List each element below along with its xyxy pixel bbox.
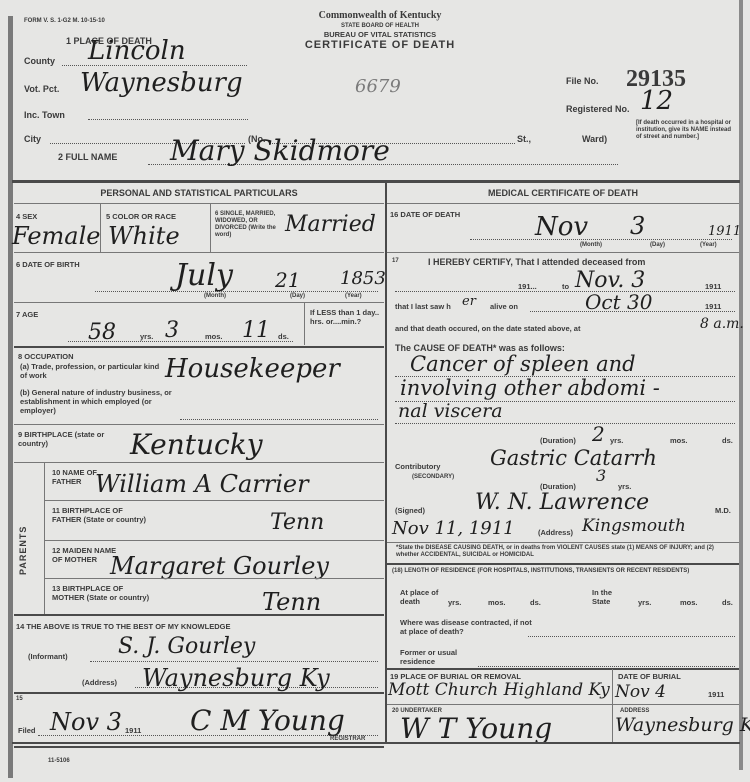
informant-value: S. J. Gourley bbox=[118, 634, 255, 659]
file-no-label: File No. bbox=[566, 76, 599, 87]
inc-town-label: Inc. Town bbox=[24, 110, 65, 121]
personal-heading: PERSONAL AND STATISTICAL PARTICULARS bbox=[14, 188, 384, 199]
board-title: STATE BOARD OF HEALTH bbox=[280, 23, 480, 30]
yrs-label: yrs. bbox=[140, 332, 153, 341]
contributory-value: Gastric Catarrh bbox=[490, 446, 657, 470]
ds-label: ds. bbox=[278, 332, 289, 341]
occupation-label: 8 OCCUPATION bbox=[18, 352, 178, 361]
hospital-note: [If death occurred in a hospital or inst… bbox=[636, 120, 734, 141]
dod-month: Nov bbox=[535, 212, 588, 242]
birthplace-label: 9 BIRTHPLACE (state or country) bbox=[18, 430, 118, 448]
ward-label: Ward) bbox=[582, 134, 607, 145]
last-saw-pronoun: er bbox=[462, 294, 476, 309]
county-label: County bbox=[24, 56, 55, 67]
year-caption: (Year) bbox=[345, 293, 362, 300]
county-value: Lincoln bbox=[88, 36, 186, 66]
filed-number: 15 bbox=[16, 696, 23, 703]
contributory-caption: (SECONDARY) bbox=[412, 474, 454, 481]
bureau-title: BUREAU OF VITAL STATISTICS bbox=[280, 30, 480, 39]
filed-label: Filed bbox=[18, 726, 36, 735]
dod-year-caption: (Year) bbox=[700, 242, 717, 249]
cause-line-1: Cancer of spleen and bbox=[410, 352, 636, 376]
dod-day-caption: (Day) bbox=[650, 242, 665, 249]
dob-day: 21 bbox=[275, 268, 300, 292]
signed-label: (Signed) bbox=[395, 506, 425, 515]
vot-pct-value: Waynesburg bbox=[80, 68, 243, 98]
duration-label: (Duration) bbox=[540, 436, 576, 445]
at-place-label: At place of death bbox=[400, 588, 450, 606]
cause-footnote: *State the DISEASE CAUSING DEATH, or in … bbox=[396, 545, 736, 559]
in-state-yrs-label: yrs. bbox=[638, 598, 651, 607]
header-block: Commonwealth of Kentucky STATE BOARD OF … bbox=[280, 10, 480, 51]
at-place-mos-label: mos. bbox=[488, 598, 506, 607]
residence-heading: (18) LENGTH OF RESIDENCE (FOR HOSPITALS,… bbox=[392, 568, 737, 575]
in-state-ds-label: ds. bbox=[722, 598, 733, 607]
mother-birthplace-label: 13 BIRTHPLACE OF MOTHER (State or countr… bbox=[52, 584, 152, 602]
undertaker-value: W T Young bbox=[400, 712, 552, 745]
mother-name-value: Margaret Gourley bbox=[110, 552, 329, 580]
registrar-signature: C M Young bbox=[190, 704, 345, 737]
informant-label: (Informant) bbox=[28, 652, 68, 661]
dod-day: 3 bbox=[630, 212, 645, 240]
birthplace-value: Kentucky bbox=[130, 428, 263, 461]
left-border bbox=[8, 16, 13, 778]
physician-address: Kingsmouth bbox=[582, 516, 686, 536]
dod-year: 1911 bbox=[708, 224, 741, 239]
age-label: 7 AGE bbox=[16, 310, 38, 319]
former-residence-label: Former or usual residence bbox=[400, 648, 470, 666]
attended-from-year: 191... bbox=[518, 282, 537, 291]
form-number: FORM V. S. 1-G2 M. 10-15-10 bbox=[24, 18, 105, 25]
informant-address-value: Waynesburg Ky bbox=[142, 664, 330, 692]
sex-value: Female bbox=[12, 222, 101, 250]
age-years: 58 bbox=[88, 320, 116, 345]
contracted-label: Where was disease contracted, if not at … bbox=[400, 618, 535, 636]
death-time-value: 8 a.m. bbox=[700, 316, 744, 332]
father-birthplace-label: 11 BIRTHPLACE OF FATHER (State or countr… bbox=[52, 506, 152, 524]
contributory-label: Contributory bbox=[395, 462, 440, 471]
day-caption: (Day) bbox=[290, 293, 305, 300]
informant-heading: 14 THE ABOVE IS TRUE TO THE BEST OF MY K… bbox=[16, 622, 230, 631]
attended-to-label: to bbox=[562, 282, 569, 291]
cause-line-2: involving other abdomi - bbox=[400, 376, 660, 400]
cause-line-3: nal viscera bbox=[398, 400, 503, 422]
full-name-label: 2 FULL NAME bbox=[58, 152, 117, 163]
attended-to-year: 1911 bbox=[705, 282, 721, 291]
filed-year: 1911 bbox=[125, 726, 141, 735]
occupation-b-label: (b) General nature of industry business,… bbox=[20, 388, 180, 415]
street-label: St., bbox=[517, 134, 531, 145]
in-state-mos-label: mos. bbox=[680, 598, 698, 607]
physician-address-label: (Address) bbox=[538, 528, 573, 537]
alive-on-label: alive on bbox=[490, 302, 518, 311]
father-name-value: William A Carrier bbox=[95, 470, 309, 498]
stamp-number: 6679 bbox=[355, 76, 401, 97]
last-saw-label: that I last saw h bbox=[395, 302, 451, 311]
city-label: City bbox=[24, 134, 41, 145]
race-label: 5 COLOR OR RACE bbox=[106, 212, 176, 221]
right-border bbox=[739, 0, 743, 770]
contributory-duration-years: 3 bbox=[596, 466, 606, 485]
certificate-title: CERTIFICATE OF DEATH bbox=[280, 39, 480, 51]
registered-number: 12 bbox=[640, 86, 673, 116]
sex-label: 4 SEX bbox=[16, 212, 37, 221]
in-state-label: In the State bbox=[592, 588, 632, 606]
month-caption: (Month) bbox=[204, 293, 226, 300]
occupation-a-label: (a) Trade, profession, or particular kin… bbox=[20, 362, 165, 380]
certify-text: I HEREBY CERTIFY, That I attended deceas… bbox=[428, 257, 645, 268]
occupation-value: Housekeeper bbox=[165, 354, 340, 384]
father-birthplace-value: Tenn bbox=[270, 510, 324, 535]
filed-date: Nov 3 bbox=[50, 708, 122, 736]
state-title: Commonwealth of Kentucky bbox=[280, 10, 480, 21]
less-than-label: If LESS than 1 day.. hrs. or....min.? bbox=[310, 308, 382, 326]
informant-address-label: (Address) bbox=[82, 678, 117, 687]
medical-heading: MEDICAL CERTIFICATE OF DEATH bbox=[388, 188, 738, 199]
death-certificate: FORM V. S. 1-G2 M. 10-15-10 Commonwealth… bbox=[0, 0, 750, 782]
dod-month-caption: (Month) bbox=[580, 242, 602, 249]
dod-label: 16 DATE OF DEATH bbox=[390, 210, 460, 219]
certify-number: 17 bbox=[392, 258, 399, 265]
at-place-ds-label: ds. bbox=[530, 598, 541, 607]
dob-year: 1853 bbox=[340, 268, 386, 289]
alive-on-year: 1911 bbox=[705, 302, 721, 311]
age-months: 3 bbox=[165, 318, 179, 343]
marital-label: 6 SINGLE, MARRIED, WIDOWED, OR DIVORCED … bbox=[215, 211, 287, 239]
md-label: M.D. bbox=[715, 506, 731, 515]
physician-signature: W. N. Lawrence bbox=[475, 490, 649, 515]
age-days: 11 bbox=[242, 318, 270, 343]
divider bbox=[12, 180, 740, 183]
dob-label: 6 DATE OF BIRTH bbox=[16, 260, 80, 269]
at-place-yrs-label: yrs. bbox=[448, 598, 461, 607]
burial-place-value: Mott Church Highland Ky bbox=[388, 680, 610, 700]
parents-label: PARENTS bbox=[18, 526, 28, 575]
dob-month: July bbox=[175, 258, 233, 293]
duration-yrs-label: yrs. bbox=[610, 436, 623, 445]
full-name-value: Mary Skidmore bbox=[170, 134, 390, 167]
signed-date: Nov 11, 1911 bbox=[392, 518, 515, 539]
death-time-label: and that death occured, on the date stat… bbox=[395, 324, 580, 333]
mos-label: mos. bbox=[205, 332, 223, 341]
marital-value: Married bbox=[285, 212, 376, 237]
column-divider bbox=[385, 182, 387, 742]
duration-mos-label: mos. bbox=[670, 436, 688, 445]
vot-pct-label: Vot. Pct. bbox=[24, 84, 59, 95]
mother-birthplace-value: Tenn bbox=[262, 588, 321, 616]
burial-date-label: DATE OF BURIAL bbox=[618, 672, 681, 681]
burial-year: 1911 bbox=[708, 690, 724, 699]
registered-no-label: Registered No. bbox=[566, 104, 630, 115]
race-value: White bbox=[108, 222, 180, 250]
undertaker-address-value: Waynesburg Ky bbox=[615, 714, 750, 736]
alive-on-value: Oct 30 bbox=[585, 290, 652, 314]
duration-ds-label: ds. bbox=[722, 436, 733, 445]
burial-date-value: Nov 4 bbox=[615, 682, 666, 702]
footer-code: 11-5106 bbox=[48, 758, 70, 765]
duration-years: 2 bbox=[592, 422, 605, 446]
